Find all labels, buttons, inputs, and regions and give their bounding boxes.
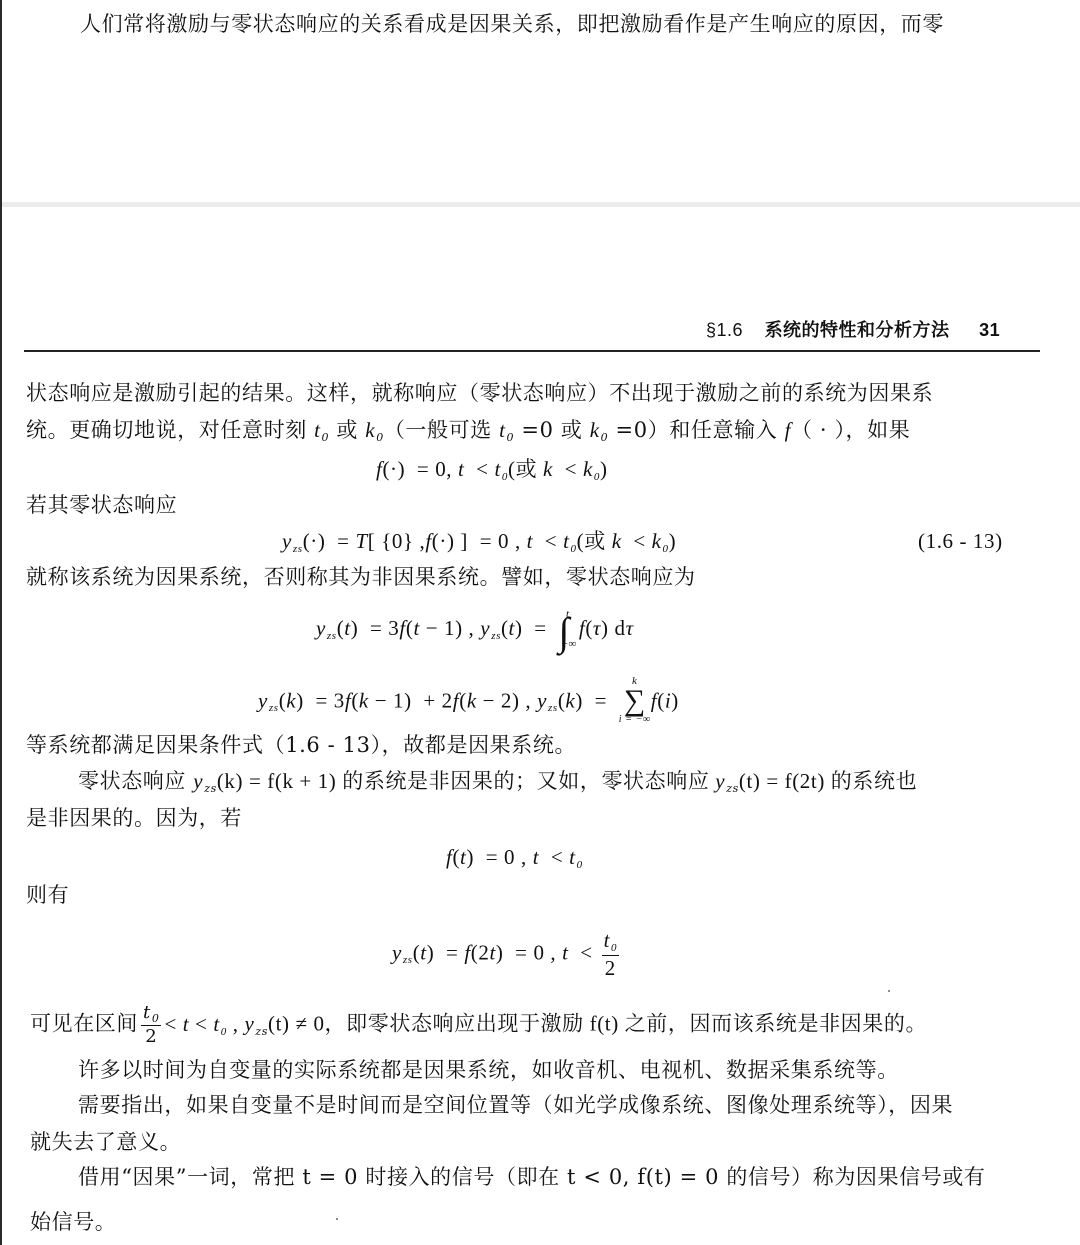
equation-condition: f(·) = 0, t < t0(或 k < k0) <box>376 455 608 491</box>
equation-number: (1.6 - 13) <box>918 527 1003 555</box>
section-number: §1.6 <box>706 320 743 340</box>
equation-1-6-13: yzs(·) = T[ {0} ,f(·) ] = 0 , t < t0(或 k… <box>282 527 676 563</box>
running-header: §1.6 系统的特性和分析方法 31 <box>706 316 1000 342</box>
paragraph-line: 就称该系统为因果系统，否则称其为非因果系统。譬如，零状态响应为 <box>26 563 696 591</box>
page-separator <box>2 202 1080 207</box>
paragraph-line: 状态响应是激励引起的结果。这样，就称响应（零状态响应）不出现于激励之前的系统为因… <box>26 379 933 407</box>
paragraph-line: 零状态响应 yzs(k) = f(k + 1) 的系统是非因果的；又如，零状态响… <box>78 767 917 803</box>
page-number: 31 <box>979 320 1000 340</box>
paragraph-line: 许多以时间为自变量的实际系统都是因果系统，如收音机、电视机、数据采集系统等。 <box>78 1056 899 1084</box>
paragraph-line: 借用“因果”一词，常把 t = 0 时接入的信号（即在 t < 0, f(t) … <box>78 1163 986 1191</box>
paragraph-line: 需要指出，如果自变量不是时间而是空间位置等（如光学成像系统、图像处理系统等），因… <box>78 1091 953 1119</box>
prev-page-text-line: 人们常将激励与零状态响应的关系看成是因果关系，即把激励看作是产生响应的原因，而零 <box>80 10 944 38</box>
equation-yzs-2t: yzs(t) = f(2t) = 0 , t < t02 <box>392 930 622 979</box>
paragraph-line: 等系统都满足因果条件式（1.6 - 13），故都是因果系统。 <box>26 731 576 759</box>
header-rule <box>24 350 1040 352</box>
paragraph-line: 若其零状态响应 <box>26 491 177 519</box>
paragraph-line: 可见在区间t02< t < t0 , yzs(t) ≠ 0，即零状态响应出现于激… <box>30 1004 927 1046</box>
paragraph-line: 是非因果的。因为，若 <box>26 804 242 832</box>
equation-examples-continuous: yzs(t) = 3f(t − 1) , yzs(t) = ∫t−∞f(τ) d… <box>316 612 634 652</box>
summation-symbol: k∑i = −∞ <box>619 676 651 725</box>
scan-speck <box>336 1218 338 1220</box>
paragraph-line: 统。更确切地说，对任意时刻 t0 或 k0（一般可选 t0 =0 或 k0 =0… <box>26 416 910 452</box>
equation-examples-discrete: yzs(k) = 3f(k − 1) + 2f(k − 2) , yzs(k) … <box>258 678 679 727</box>
viewer-left-border <box>0 0 2 1245</box>
fraction-t0-over-2: t02 <box>602 930 620 979</box>
fraction-t0-over-2: t02 <box>141 1004 161 1046</box>
paragraph-line: 则有 <box>26 881 69 909</box>
paragraph-line: 就失去了意义。 <box>30 1128 181 1156</box>
section-title: 系统的特性和分析方法 <box>765 320 950 340</box>
scan-speck <box>888 990 890 992</box>
equation-ft-zero: f(t) = 0 , t < t0 <box>446 843 583 879</box>
paragraph-line: 始信号。 <box>30 1208 116 1236</box>
